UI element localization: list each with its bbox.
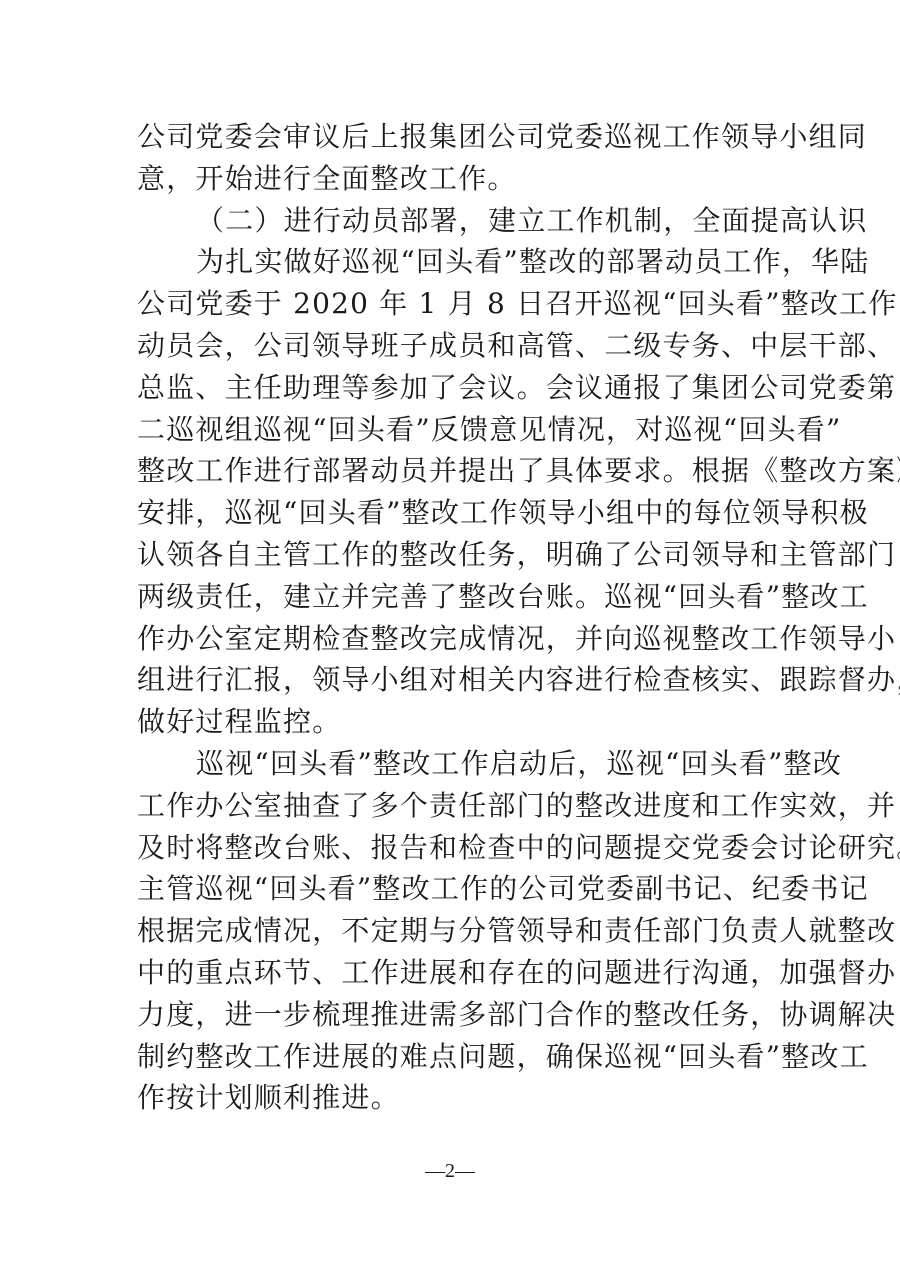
text-line: 主管巡视“回头看”整改工作的公司党委副书记、纪委书记 bbox=[137, 868, 765, 910]
text-line: 作办公室定期检查整改完成情况，并向巡视整改工作领导小 bbox=[137, 618, 765, 660]
body-text: 公司党委会审议后上报集团公司党委巡视工作领导小组同意，开始进行全面整改工作。（二… bbox=[137, 116, 765, 1119]
text-line: 工作办公室抽查了多个责任部门的整改进度和工作实效，并 bbox=[137, 785, 765, 827]
text-line: 意，开始进行全面整改工作。 bbox=[137, 158, 765, 200]
text-line: 巡视“回头看”整改工作启动后，巡视“回头看”整改 bbox=[137, 743, 765, 785]
text-line: 制约整改工作进展的难点问题，确保巡视“回头看”整改工 bbox=[137, 1036, 765, 1078]
document-page: 公司党委会审议后上报集团公司党委巡视工作领导小组同意，开始进行全面整改工作。（二… bbox=[0, 0, 900, 1272]
page-number: —2— bbox=[0, 1160, 900, 1183]
text-line: 及时将整改台账、报告和检查中的问题提交党委会讨论研究。 bbox=[137, 827, 765, 869]
text-line: 总监、主任助理等参加了会议。会议通报了集团公司党委第 bbox=[137, 367, 765, 409]
text-line: 做好过程监控。 bbox=[137, 701, 765, 743]
text-line: （二）进行动员部署，建立工作机制，全面提高认识 bbox=[137, 200, 765, 242]
text-line: 安排，巡视“回头看”整改工作领导小组中的每位领导积极 bbox=[137, 492, 765, 534]
text-line: 认领各自主管工作的整改任务，明确了公司领导和主管部门 bbox=[137, 534, 765, 576]
text-line: 力度，进一步梳理推进需多部门合作的整改任务，协调解决 bbox=[137, 994, 765, 1036]
text-line: 整改工作进行部署动员并提出了具体要求。根据《整改方案》 bbox=[137, 450, 765, 492]
text-line: 公司党委会审议后上报集团公司党委巡视工作领导小组同 bbox=[137, 116, 765, 158]
text-line: 动员会，公司领导班子成员和高管、二级专务、中层干部、 bbox=[137, 325, 765, 367]
text-line: 作按计划顺利推进。 bbox=[137, 1077, 765, 1119]
text-line: 二巡视组巡视“回头看”反馈意见情况，对巡视“回头看” bbox=[137, 409, 765, 451]
text-line: 公司党委于 2020 年 1 月 8 日召开巡视“回头看”整改工作 bbox=[137, 283, 765, 325]
text-line: 根据完成情况，不定期与分管领导和责任部门负责人就整改 bbox=[137, 910, 765, 952]
text-line: 两级责任，建立并完善了整改台账。巡视“回头看”整改工 bbox=[137, 576, 765, 618]
text-line: 中的重点环节、工作进展和存在的问题进行沟通，加强督办 bbox=[137, 952, 765, 994]
text-line: 组进行汇报，领导小组对相关内容进行检查核实、跟踪督办， bbox=[137, 659, 765, 701]
text-line: 为扎实做好巡视“回头看”整改的部署动员工作，华陆 bbox=[137, 241, 765, 283]
